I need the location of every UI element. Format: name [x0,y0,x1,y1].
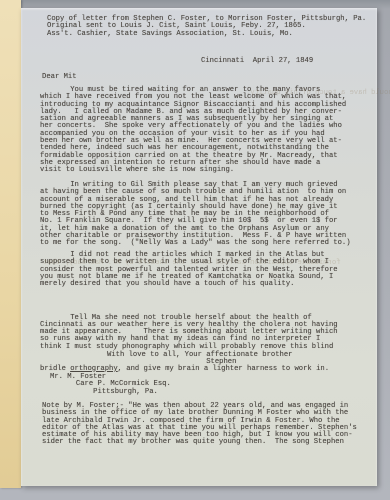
dateline: Cincinnati April 27, 1849 [201,58,313,65]
scan-background: Copy of letter from Stephen C. Foster, t… [0,0,390,500]
paragraph-4-lines: Tell Ma she need not trouble herself abo… [40,315,338,351]
closing-signature-block: With love to all, Your affectionate brot… [107,352,292,367]
note-by-m-foster: Note by M. Foster;- "He was then about 2… [42,403,357,447]
mount-strip [0,0,21,488]
recipient-address-block: Mr. M. Foster Care P. McCormick Esq. Pit… [50,374,171,396]
paragraph-1: You must be tired waiting for an answer … [40,87,346,175]
paragraph-4-last-line-pre: bridle [40,365,70,373]
paragraph-2: In writing to Gil Smith please say that … [40,182,351,248]
salutation: Dear Mit [42,74,77,81]
paragraph-3: I did not read the articles which I mark… [40,252,338,288]
paragraph-4-last-line: bridle orthography, and give my brain a … [40,366,338,373]
letter-sheet: Copy of letter from Stephen C. Foster, t… [21,8,377,486]
archival-header: Copy of letter from Stephen C. Foster, t… [47,16,366,38]
